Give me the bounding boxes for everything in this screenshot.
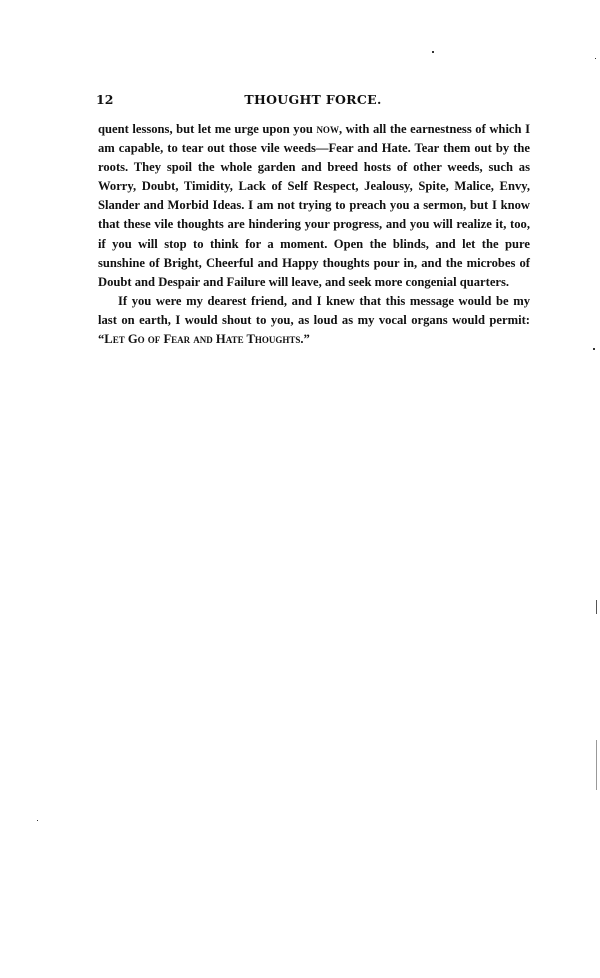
running-head: THOUGHT FORCE. xyxy=(96,92,530,107)
scan-speck xyxy=(432,51,434,53)
small-caps-now: now xyxy=(316,122,339,136)
page-header: 12 THOUGHT FORCE. xyxy=(96,92,530,108)
small-caps-exhortation: Let Go of Fear and Hate Thoughts xyxy=(104,332,300,346)
paragraph-2: If you were my dearest friend, and I kne… xyxy=(98,292,530,349)
paragraph-1: quent lessons, but let me urge upon you … xyxy=(98,120,530,292)
scan-speck xyxy=(37,820,38,821)
scan-edge-mark xyxy=(596,600,597,614)
scan-edge-mark xyxy=(596,740,597,790)
scan-speck xyxy=(595,58,596,59)
body-text: quent lessons, but let me urge upon you … xyxy=(98,120,530,349)
book-page: 12 THOUGHT FORCE. quent lessons, but let… xyxy=(0,0,600,978)
scan-speck xyxy=(593,348,595,350)
